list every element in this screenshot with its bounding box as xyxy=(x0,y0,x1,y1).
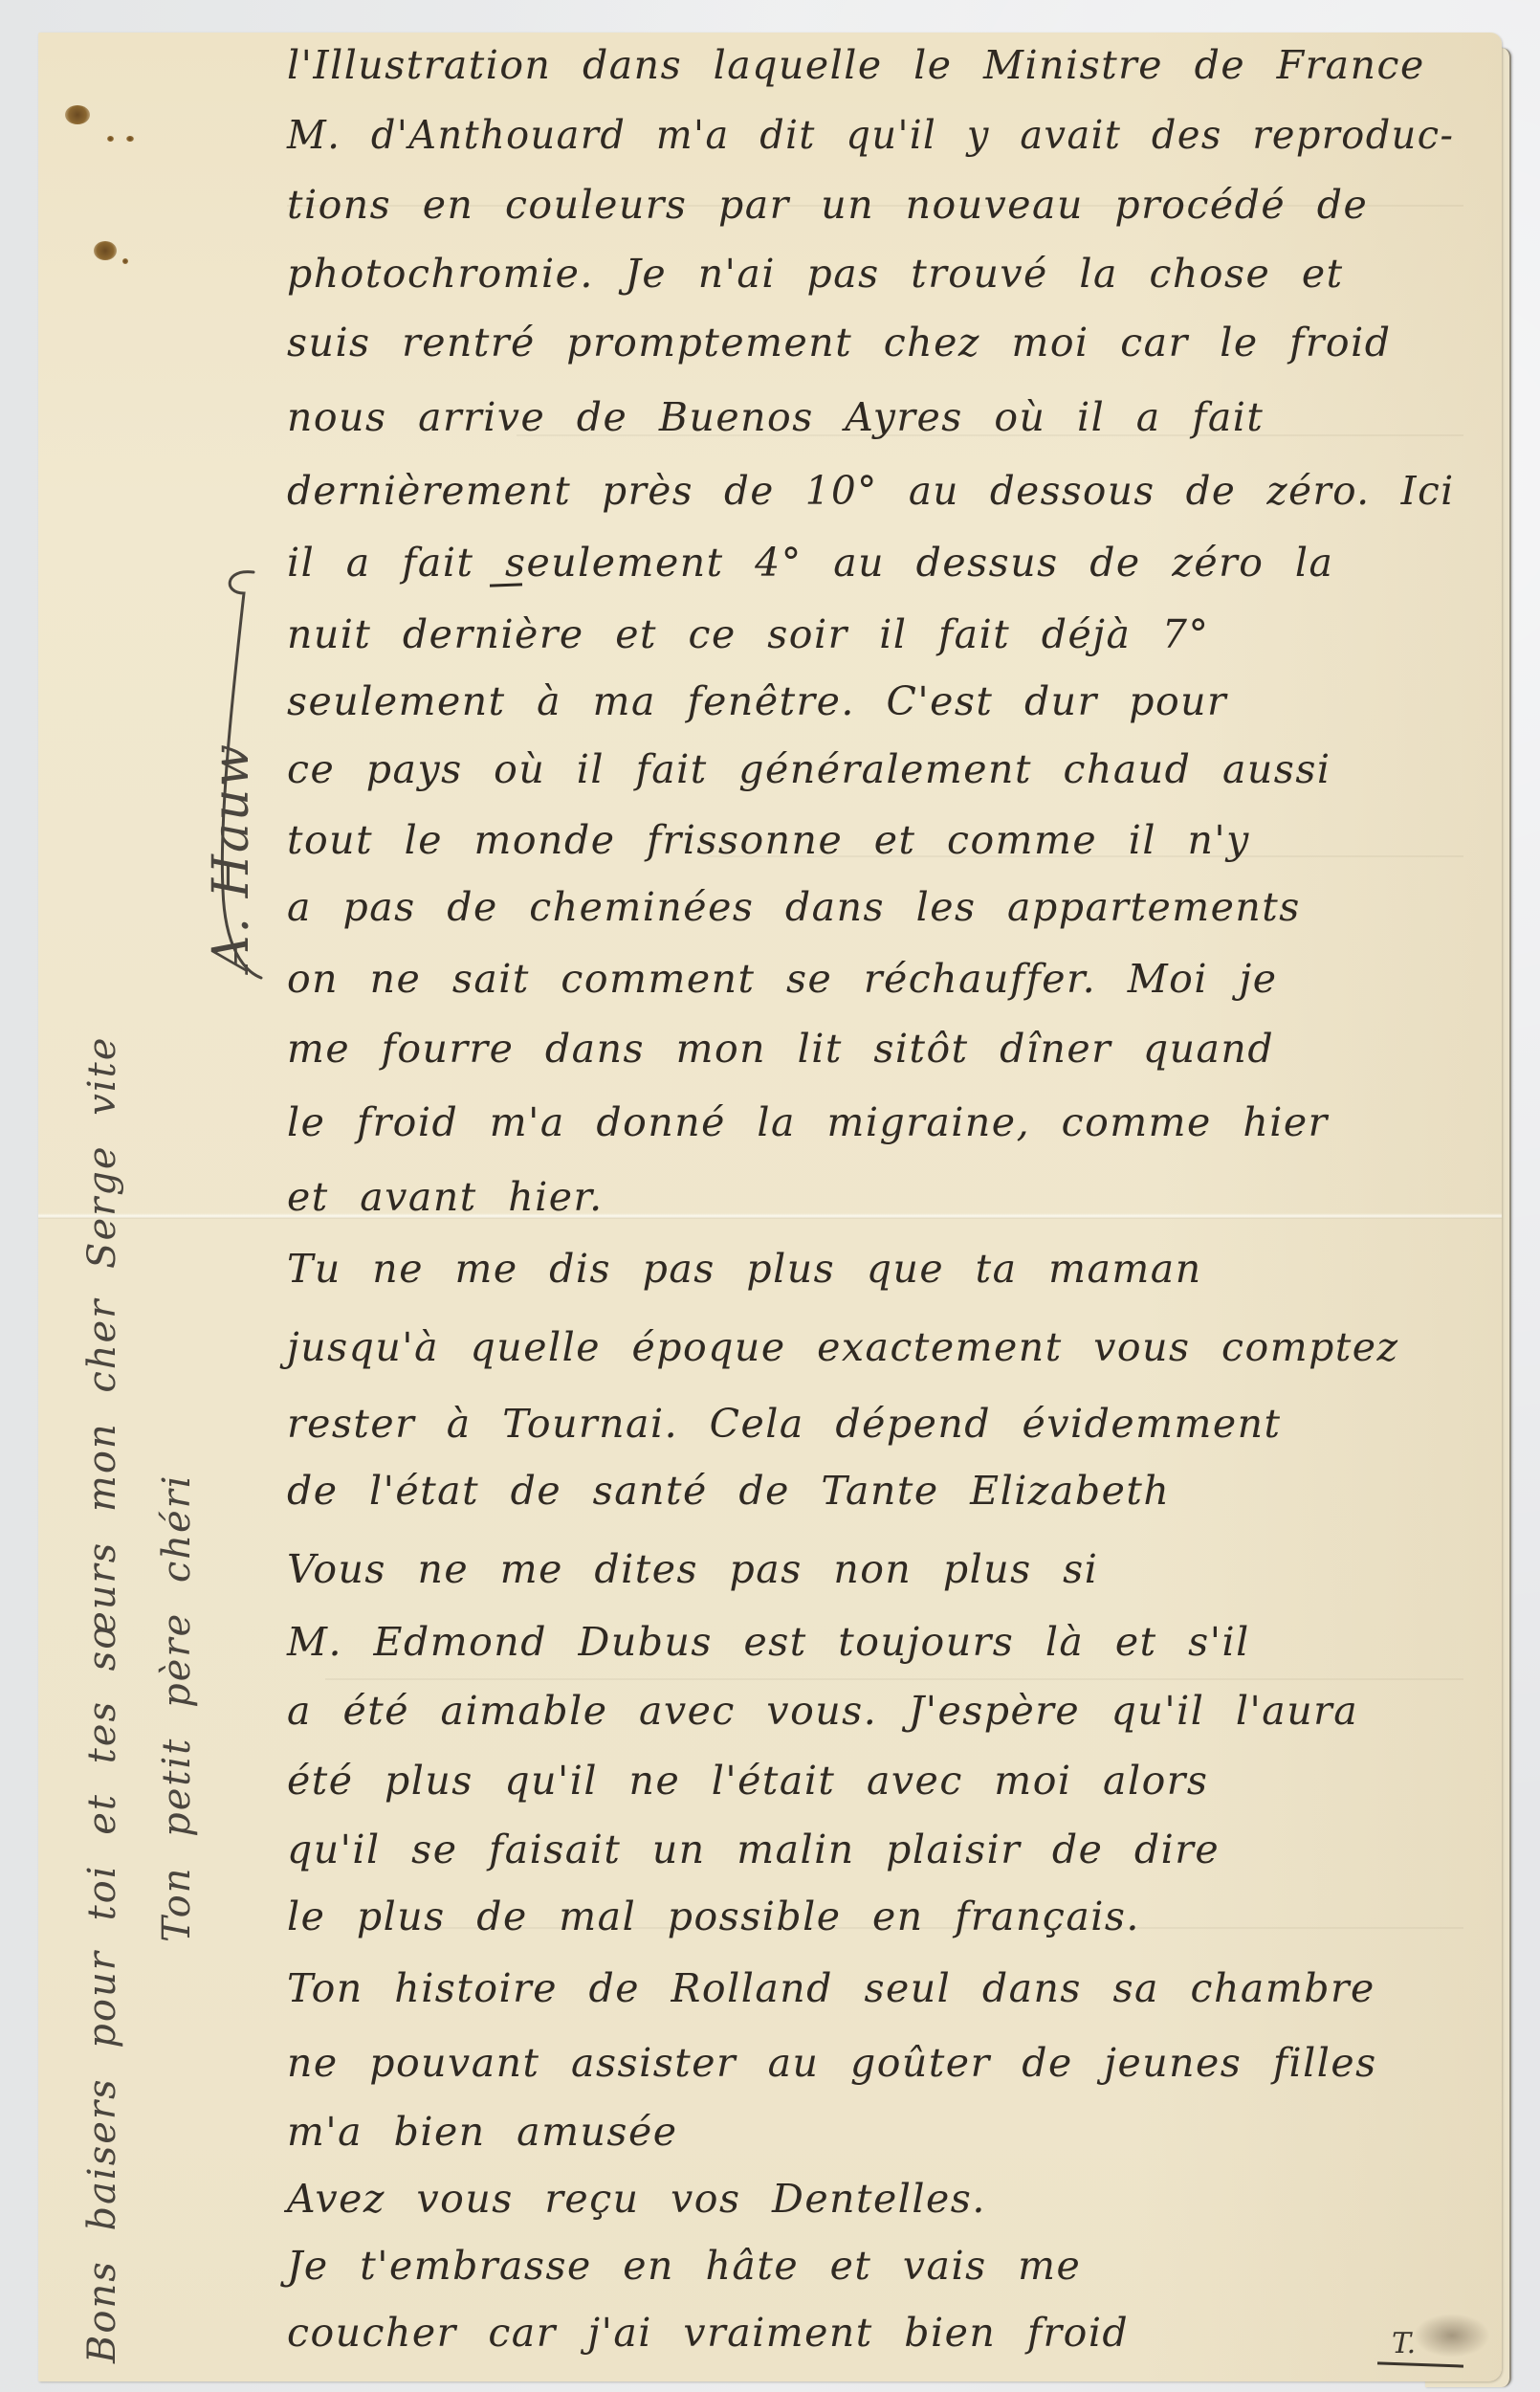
letter-line: seulement à ma fenêtre. C'est dur pour xyxy=(287,675,1454,728)
letter-line: été plus qu'il ne l'était avec moi alors xyxy=(287,1754,1454,1807)
letter-line: tout le monde frissonne et comme il n'y xyxy=(287,813,1454,867)
letter-line: ne pouvant assister au goûter de jeunes … xyxy=(287,2036,1454,2090)
letter-line: M. d'Anthouard m'a dit qu'il y avait des… xyxy=(287,108,1420,162)
ink-smudge xyxy=(1414,2314,1490,2358)
letter-line: le froid m'a donné la migraine, comme hi… xyxy=(287,1096,1454,1149)
page-mark: T. xyxy=(1392,2327,1416,2360)
signature-flourish xyxy=(206,565,263,986)
letter-line: a été aimable avec vous. J'espère qu'il … xyxy=(287,1684,1454,1738)
letter-line: il a fait seulement 4° au dessus de zéro… xyxy=(287,536,1454,589)
letter-line: photochromie. Je n'ai pas trouvé la chos… xyxy=(287,247,1454,300)
letter-line: nuit dernière et ce soir il fait déjà 7° xyxy=(287,608,1454,661)
letter-line: suis rentré promptement chez moi car le … xyxy=(287,316,1454,369)
letter-line: et avant hier. xyxy=(287,1170,1454,1224)
letter-line: me fourre dans mon lit sitôt dîner quand xyxy=(287,1022,1454,1075)
margin-note-vertical: Bons baisers pour toi et tes sœurs mon c… xyxy=(80,1036,124,2363)
letter-body: l'Illustration dans laquelle le Ministre… xyxy=(0,0,1540,2392)
letter-line: a pas de cheminées dans les appartements xyxy=(287,880,1454,934)
letter-line: rester à Tournai. Cela dépend évidemment xyxy=(287,1397,1454,1451)
letter-line: ce pays où il fait généralement chaud au… xyxy=(287,742,1454,796)
letter-line: on ne sait comment se réchauffer. Moi je xyxy=(287,952,1454,1006)
letter-line: m'a bien amusée xyxy=(287,2105,1454,2159)
letter-line: nous arrive de Buenos Ayres où il a fait xyxy=(287,390,1454,444)
letter-line: Je t'embrasse en hâte et vais me xyxy=(287,2239,1454,2292)
letter-line: Tu ne me dis pas plus que ta maman xyxy=(287,1242,1454,1296)
letter-line: Avez vous reçu vos Dentelles. xyxy=(287,2172,1454,2226)
margin-note-closing: Ton petit père chéri xyxy=(155,1473,199,1942)
letter-line: M. Edmond Dubus est toujours là et s'il xyxy=(287,1615,1454,1669)
letter-line: qu'il se faisait un malin plaisir de dir… xyxy=(287,1823,1454,1876)
letter-line: tions en couleurs par un nouveau procédé… xyxy=(287,178,1454,232)
letter-line: de l'état de santé de Tante Elizabeth xyxy=(287,1464,1454,1517)
letter-line: l'Illustration dans laquelle le Ministre… xyxy=(287,38,1454,92)
letter-line: le plus de mal possible en français. xyxy=(287,1890,1454,1943)
letter-line: coucher car j'ai vraiment bien froid xyxy=(287,2306,1339,2359)
letter-line: Vous ne me dites pas non plus si xyxy=(287,1542,1454,1596)
letter-line: jusqu'à quelle époque exactement vous co… xyxy=(287,1320,1454,1374)
letter-line: dernièrement près de 10° au dessous de z… xyxy=(287,464,1437,518)
letter-line: Ton histoire de Rolland seul dans sa cha… xyxy=(287,1961,1454,2015)
